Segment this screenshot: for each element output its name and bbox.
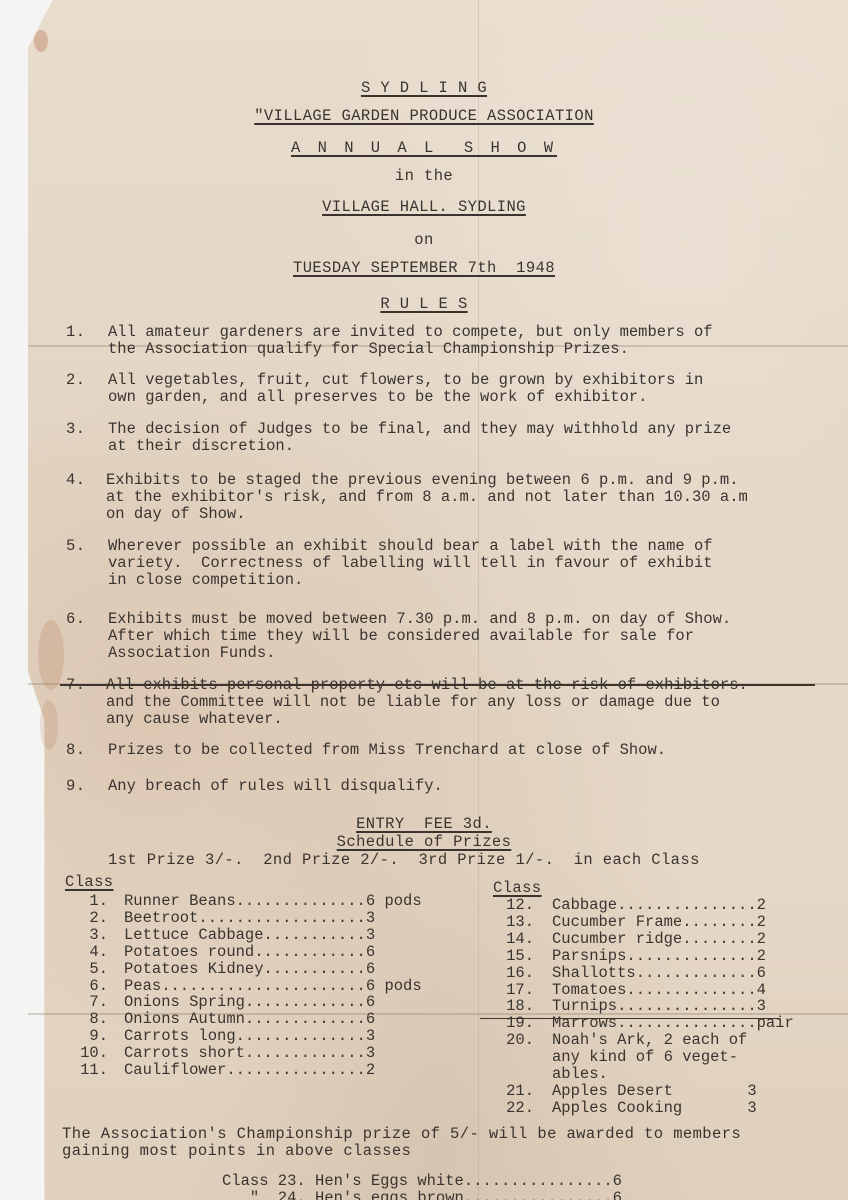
class-row: 11.Cauliflower...............2 [66,1062,375,1079]
schedule-title: Schedule of Prizes [0,834,848,851]
class-row: 17.Tomatoes..............4 [494,982,766,999]
class-row: 2.Beetroot..................3 [66,910,375,927]
class-row: 1.Runner Beans..............6 pods [66,893,422,910]
class-row: 5.Potatoes Kidney...........6 [66,961,375,978]
class-row-noahs-ark: 20.Noah's Ark, 2 each of any kind of 6 v… [494,1032,747,1083]
rule-number: 2. [66,372,85,389]
rule-text: All vegetables, fruit, cut flowers, to b… [108,372,703,406]
rule-number: 3. [66,421,85,438]
strikethrough-line [60,684,815,686]
rule-number: 7. [66,677,85,694]
rule-number: 6. [66,611,85,628]
class-row: 7.Onions Spring.............6 [66,994,375,1011]
class-row: 12.Cabbage...............2 [494,897,766,914]
class-row: 15.Parsnips..............2 [494,948,766,965]
egg-class-row: " 24. Hen's eggs brown................6 [222,1190,622,1200]
egg-class-row: Class 23. Hen's Eggs white..............… [222,1173,622,1190]
prize-amounts: 1st Prize 3/-. 2nd Prize 2/-. 3rd Prize … [108,852,700,869]
rule-text: The decision of Judges to be final, and … [108,421,731,455]
venue-title: VILLAGE HALL. SYDLING [0,199,848,216]
rule-number: 4. [66,472,85,489]
event-title: A N N U A L S H O W [0,140,848,157]
class-row: 16.Shallotts.............6 [494,965,766,982]
class-row: 18.Turnips...............3 [494,998,766,1015]
entry-fee: ENTRY FEE 3d. [0,816,848,833]
rule-number: 9. [66,778,85,795]
strikethrough-line [480,1018,780,1019]
championship-line-2: gaining most points in above classes [62,1143,411,1160]
village-title: S Y D L I N G [0,80,848,97]
class-header-left: Class [65,874,114,891]
on-text: on [0,232,848,249]
class-row: 8.Onions Autumn.............6 [66,1011,375,1028]
class-row: 3.Lettuce Cabbage...........3 [66,927,375,944]
class-row: 21.Apples Desert 3 [494,1083,757,1100]
class-header-right: Class [493,880,542,897]
class-row: 6.Peas......................6 pods [66,978,422,995]
rule-number: 1. [66,324,85,341]
stain [34,30,48,52]
rule-text: Wherever possible an exhibit should bear… [108,538,713,589]
rule-number: 8. [66,742,85,759]
stain [40,700,58,750]
stain [38,620,64,690]
rules-heading: R U L E S [0,296,848,313]
in-the-text: in the [0,168,848,185]
rule-number: 5. [66,538,85,555]
rule-text: Prizes to be collected from Miss Trencha… [108,742,666,759]
class-row: 14.Cucumber ridge........2 [494,931,766,948]
rule-text: All amateur gardeners are invited to com… [108,324,713,358]
rule-text: Any breach of rules will disqualify. [108,778,443,795]
championship-line-1: The Association's Championship prize of … [62,1126,741,1143]
association-title: "VILLAGE GARDEN PRODUCE ASSOCIATION [0,108,848,125]
date-title: TUESDAY SEPTEMBER 7th 1948 [0,260,848,277]
rule-text: Exhibits must be moved between 7.30 p.m.… [108,611,731,662]
rule-text: Exhibits to be staged the previous eveni… [106,472,748,523]
class-row: 10.Carrots short.............3 [66,1045,375,1062]
class-row: 22.Apples Cooking 3 [494,1100,757,1117]
class-row: 13.Cucumber Frame........2 [494,914,766,931]
class-row: 9.Carrots long..............3 [66,1028,375,1045]
class-row: 4.Potatoes round............6 [66,944,375,961]
